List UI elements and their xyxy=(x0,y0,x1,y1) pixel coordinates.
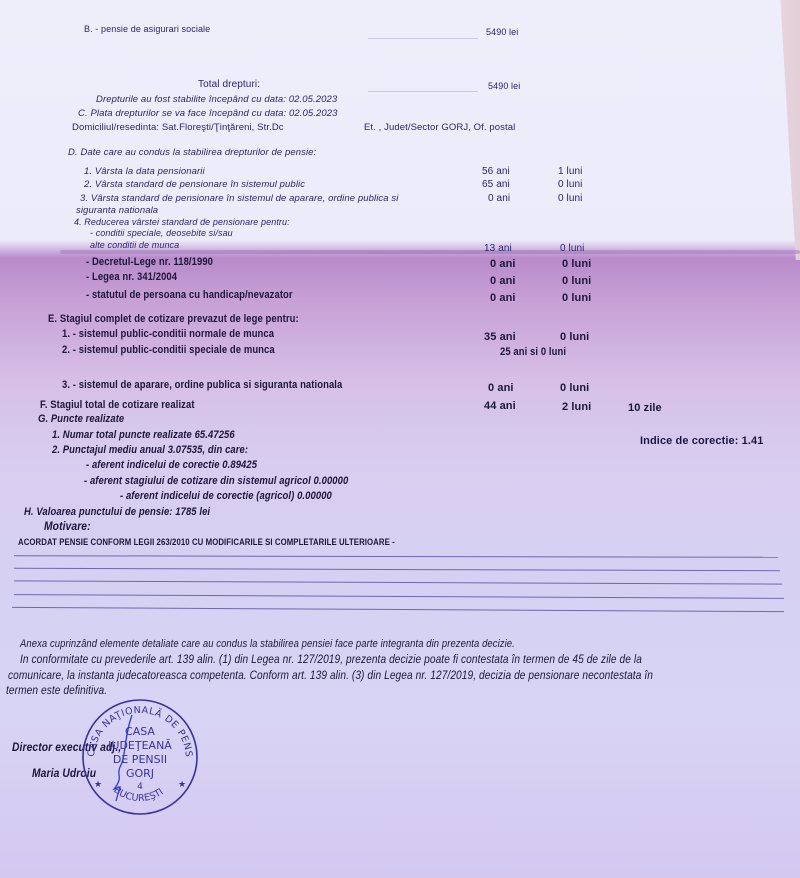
reduction-luni: 0 luni xyxy=(560,243,585,254)
reduction-row-ani: 0 ani xyxy=(490,292,516,304)
svg-text:4: 4 xyxy=(137,782,143,792)
total-amount: 5490 lei xyxy=(488,81,520,91)
g-total-points: 1. Numar total puncte realizate 65.47256 xyxy=(52,429,235,441)
e-row-label: 3. - sistemul de aparare, ordine publica… xyxy=(62,379,342,391)
section-h-label: H. Valoarea punctului de pensie: 1785 le… xyxy=(24,506,210,518)
total-underline xyxy=(368,91,478,92)
d-row-label: 2. Vârsta standard de pensionare în sist… xyxy=(84,179,305,190)
e-row-label: 1. - sistemul public-conditii normale de… xyxy=(62,328,274,340)
reduction-row-label: - statutul de persoana cu handicap/nevaz… xyxy=(86,289,293,301)
d-row-ani: 65 ani xyxy=(482,179,510,190)
e-row-label: 2. - sistemul public-conditii speciale d… xyxy=(62,344,275,356)
paper-fold xyxy=(60,250,800,254)
legal-notice: In conformitate cu prevederile art. 139 … xyxy=(20,652,642,666)
d-row-luni: 0 luni xyxy=(558,179,583,190)
d-row-label: 1. Vârsta la data pensionarii xyxy=(84,166,205,177)
legal-notice: comunicare, la instanta judecatoreasca c… xyxy=(8,668,653,682)
d-row-label-cont: siguranta nationala xyxy=(76,205,158,216)
legal-notice: termen este definitiva. xyxy=(6,683,107,697)
e-row-value: 25 ani si 0 luni xyxy=(500,346,566,358)
motivation-title: Motivare: xyxy=(44,519,91,533)
svg-text:CASA: CASA xyxy=(125,725,155,738)
annex-note: Anexa cuprinzând elemente detaliate care… xyxy=(20,638,515,650)
motivation-text: ACORDAT PENSIE CONFORM LEGII 263/2010 CU… xyxy=(18,537,395,548)
d-row-luni: 0 luni xyxy=(558,193,583,204)
reduction-row-ani: 0 ani xyxy=(490,275,516,287)
e-row-luni: 0 luni xyxy=(560,382,589,394)
e-row-ani: 0 ani xyxy=(488,382,514,394)
amount-underline xyxy=(368,38,478,39)
section-d-title: D. Date care au condus la stabilirea dre… xyxy=(68,147,316,158)
g-sub: - aferent indicelui de corectie 0.89425 xyxy=(86,459,257,471)
reduction-row-luni: 0 luni xyxy=(562,275,591,287)
reduction-row-label: - Legea nr. 341/2004 xyxy=(86,271,177,283)
d-row-luni: 1 luni xyxy=(558,166,583,177)
d-row-ani: 56 ani xyxy=(482,166,510,177)
svg-text:★: ★ xyxy=(94,780,102,790)
section-f-label: F. Stagiul total de cotizare realizat xyxy=(40,399,195,411)
established-date: Drepturile au fost stabilite începând cu… xyxy=(96,94,337,105)
reduction-row-label: - Decretul-Lege nr. 118/1990 xyxy=(86,256,213,268)
g-sub: - aferent indicelui de corectie (agricol… xyxy=(120,490,332,502)
svg-text:GORJ: GORJ xyxy=(126,767,154,780)
e-row-luni: 0 luni xyxy=(560,331,589,343)
section-g-title: G. Puncte realizate xyxy=(38,413,124,425)
svg-text:JUDEŢEANĂ: JUDEŢEANĂ xyxy=(107,739,172,752)
svg-text:★: ★ xyxy=(178,780,186,790)
d-row-ani: 0 ani xyxy=(488,193,510,204)
e-row-ani: 35 ani xyxy=(484,331,516,343)
reduction-sub: - conditii speciale, deosebite si/sau xyxy=(90,228,233,238)
reduction-ani: 13 ani xyxy=(484,243,512,254)
reduction-row-luni: 0 luni xyxy=(562,292,591,304)
reduction-row-luni: 0 luni xyxy=(562,258,591,270)
county: Et. , Judet/Sector GORJ, Of. postal xyxy=(364,122,515,133)
section-e-title: E. Stagiul complet de cotizare prevazut … xyxy=(48,313,299,325)
f-ani: 44 ani xyxy=(484,400,516,412)
f-luni: 2 luni xyxy=(562,401,591,413)
g-sub: - aferent stagiului de cotizare din sist… xyxy=(84,475,348,487)
reduction-row-ani: 0 ani xyxy=(490,258,516,270)
d-row-label: 3. Vârsta standard de pensionare în sist… xyxy=(80,193,398,204)
total-label: Total drepturi: xyxy=(198,79,260,90)
official-stamp-icon: CASA NAŢIONALĂ DE PENSII PUBLICE CASA JU… xyxy=(80,697,200,817)
g-average: 2. Punctajul mediu anual 3.07535, din ca… xyxy=(52,444,248,456)
section-b-amount: 5490 lei xyxy=(486,27,518,37)
reduction-title: 4. Reducerea vârstei standard de pension… xyxy=(74,217,290,227)
domicile: Domiciliul/resedinta: Sat.Floreşti/Ţinţă… xyxy=(72,122,284,133)
correction-index: Indice de corectie: 1.41 xyxy=(640,435,763,447)
reduction-sub: alte conditii de munca xyxy=(90,240,179,250)
payment-date: C. Plata drepturilor se va face începând… xyxy=(78,108,338,119)
f-zile: 10 zile xyxy=(628,402,662,414)
section-b-label: B. - pensie de asigurari sociale xyxy=(84,24,210,34)
